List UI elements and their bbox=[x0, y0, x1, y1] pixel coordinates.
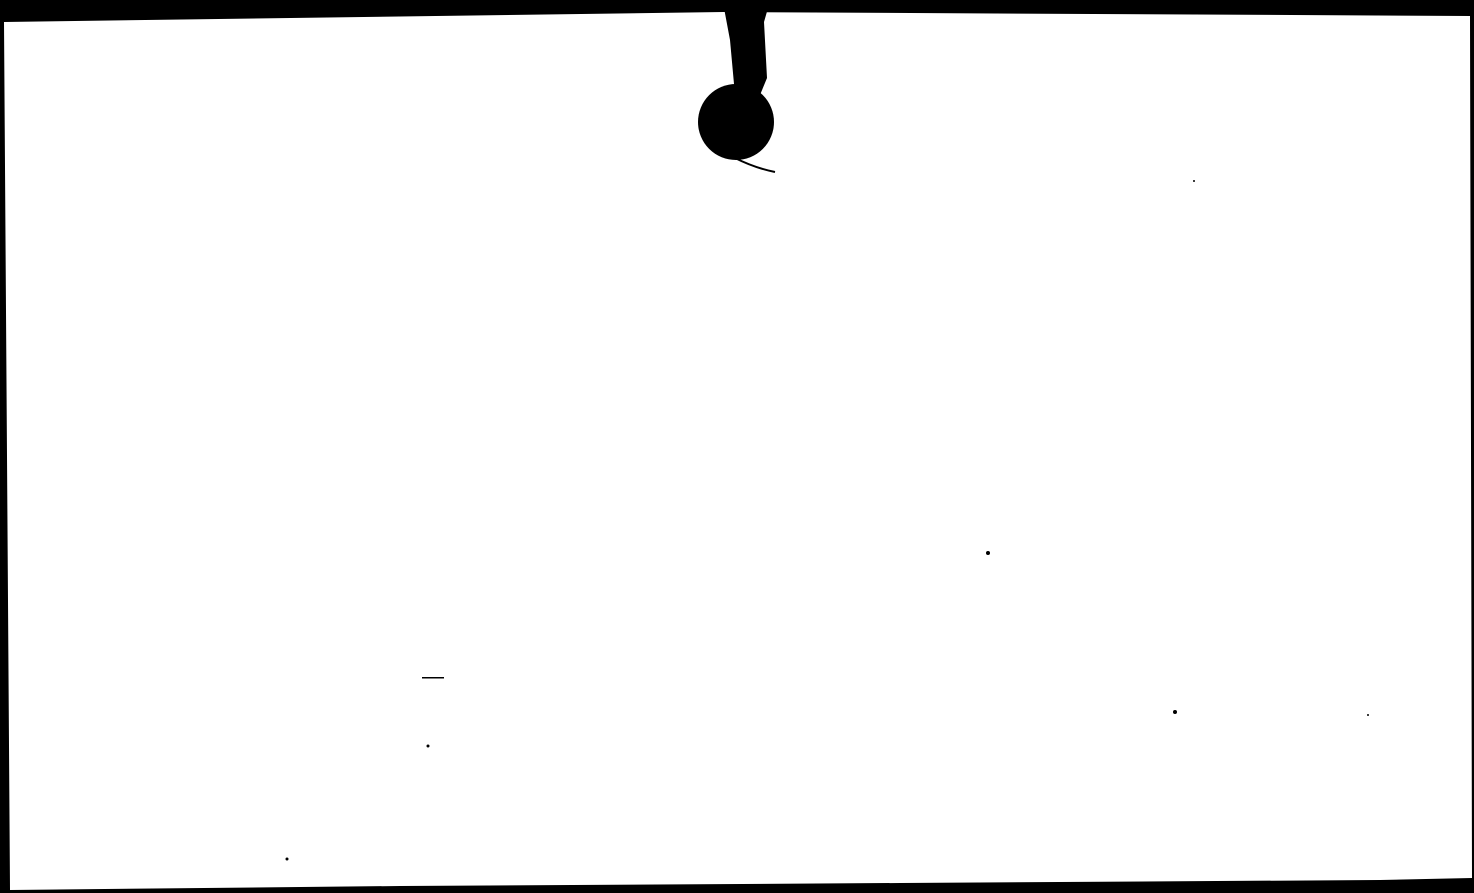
pendant-drop-image bbox=[0, 0, 1474, 893]
